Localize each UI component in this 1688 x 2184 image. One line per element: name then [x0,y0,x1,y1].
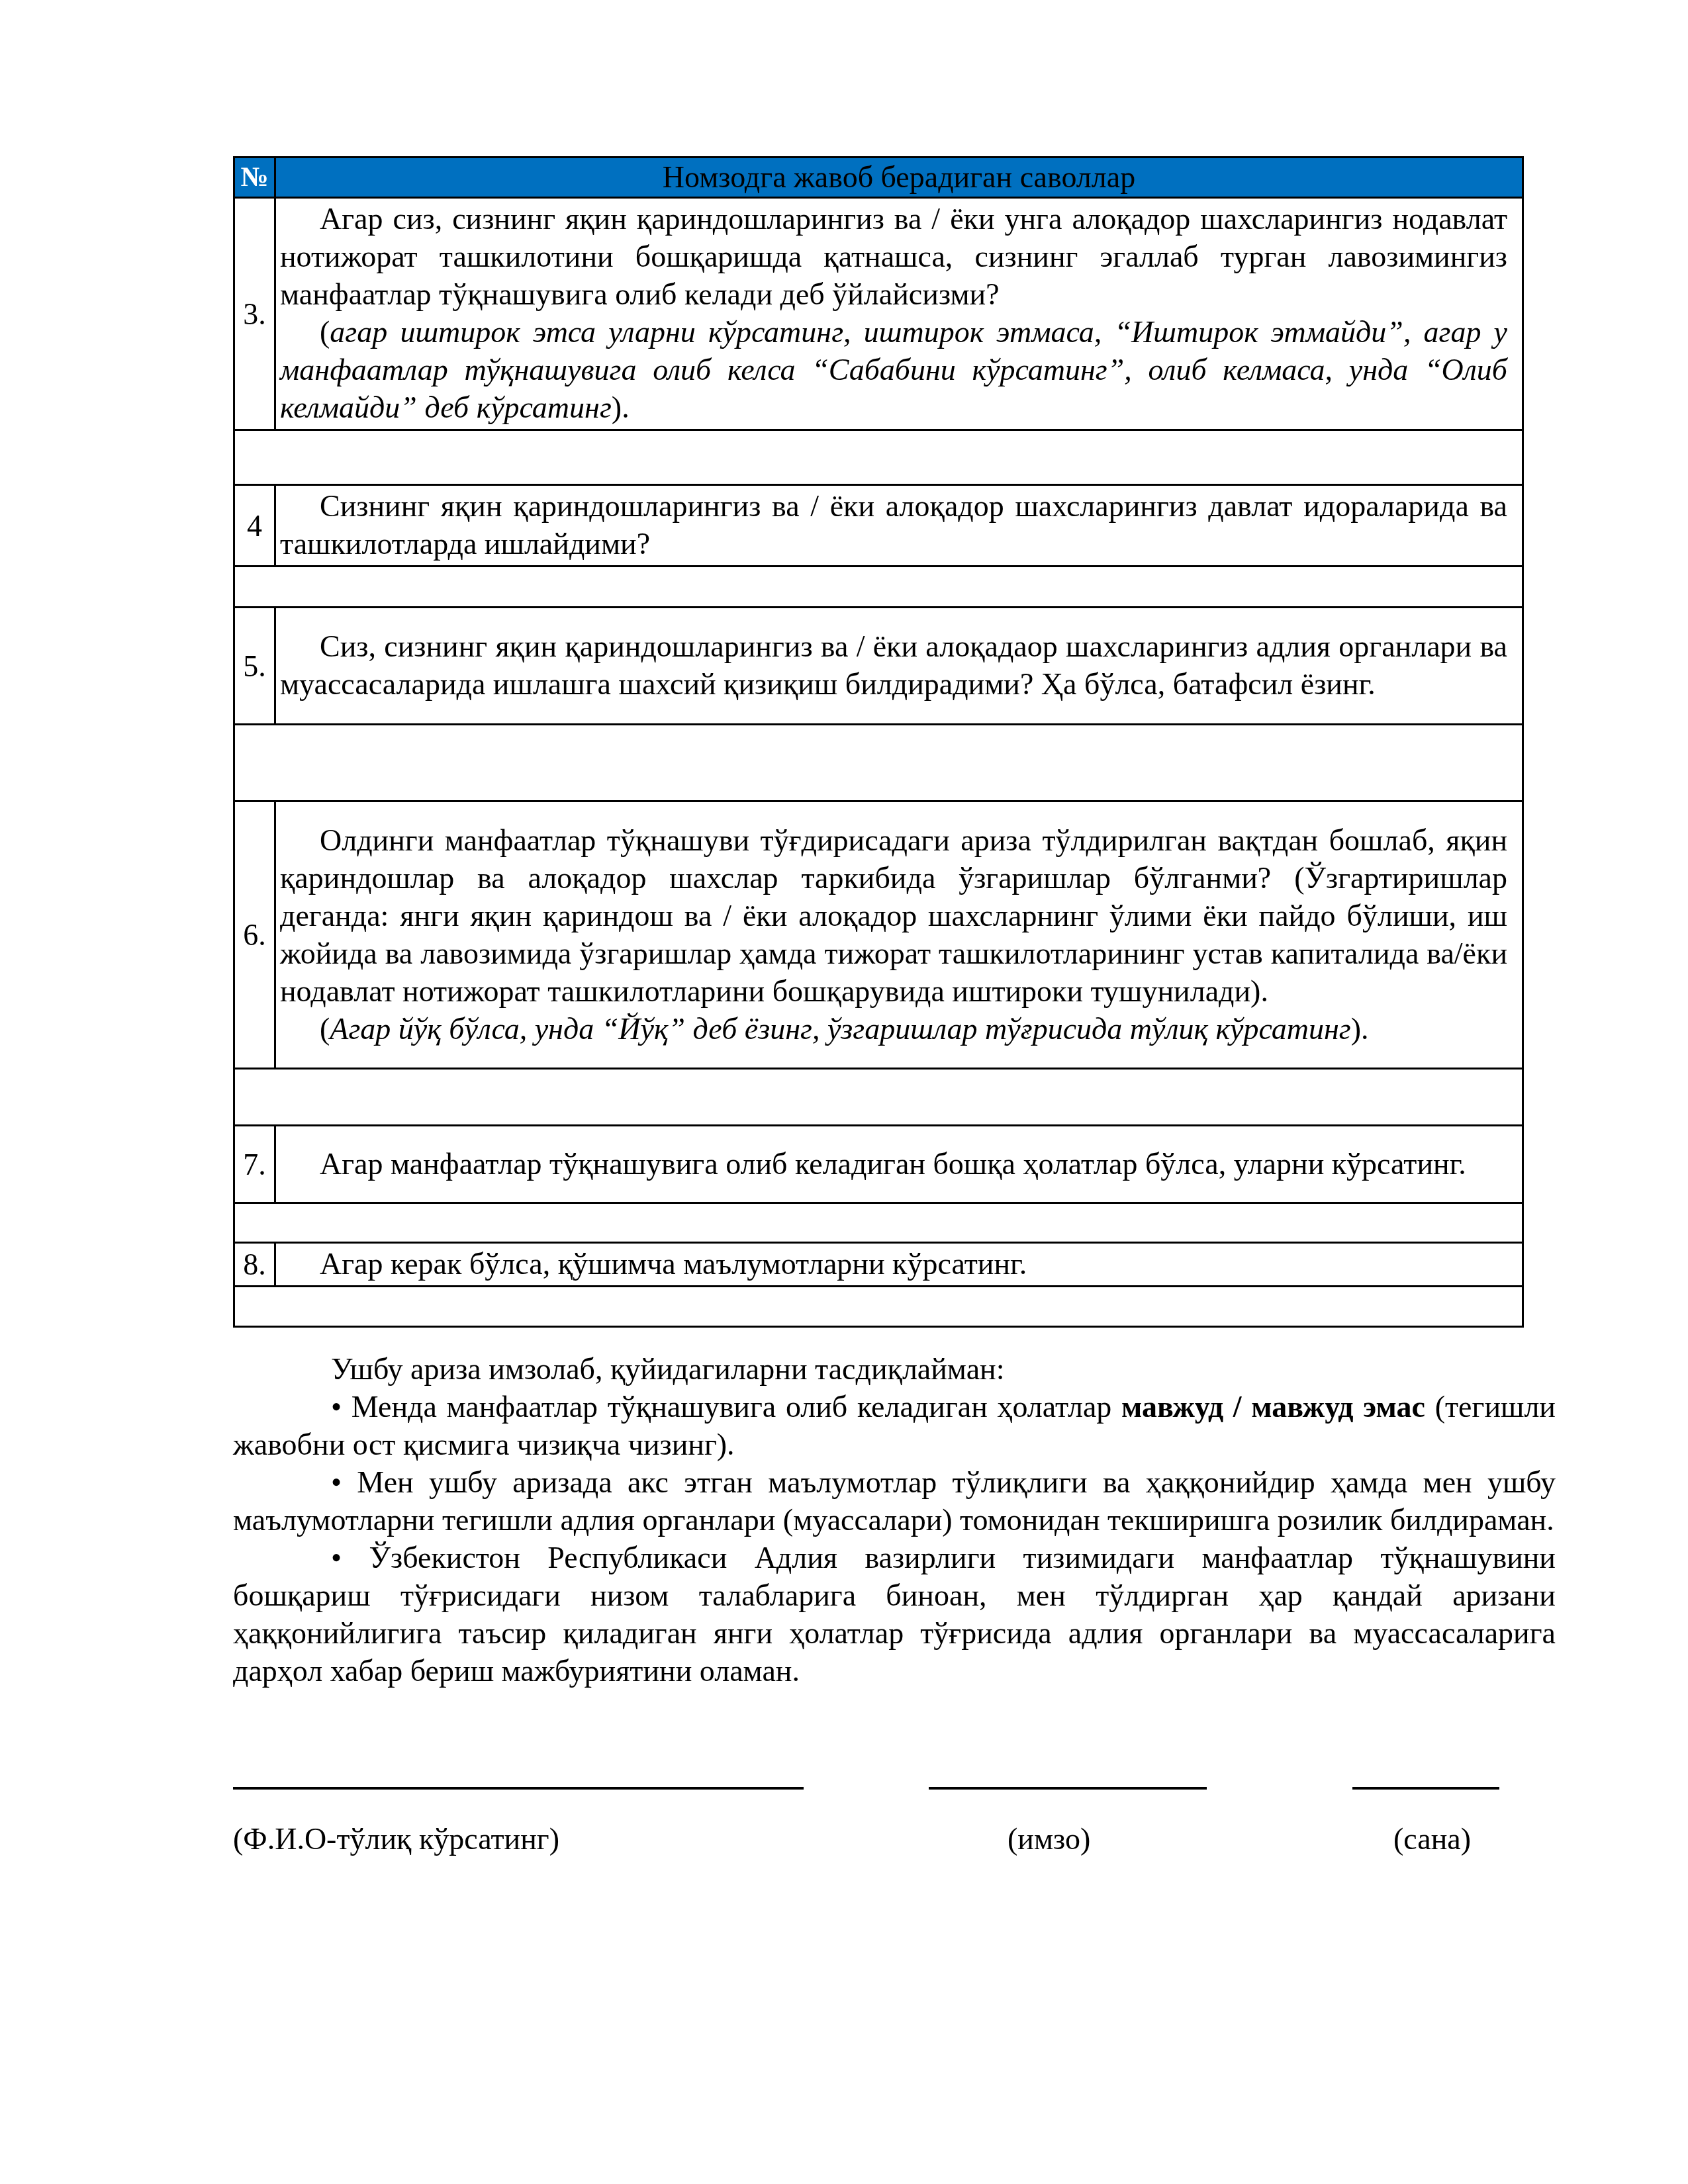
question-number: 4 [234,485,275,567]
question-text: Агар манфаатлар тўқнашувига олиб келадиг… [275,1126,1523,1203]
question-row-5: 5. Сиз, сизнинг яқин қариндошларингиз ва… [234,608,1523,725]
question-number: 3. [234,198,275,430]
question-body: Агар сиз, сизнинг яқин қариндошларингиз … [280,200,1507,313]
answer-row-8[interactable] [234,1287,1523,1327]
status-options[interactable]: мавжуд / мавжуд эмас [1121,1390,1425,1424]
answer-row-5[interactable] [234,725,1523,801]
question-note-italic: Агар йўқ бўлса, унда “Йўқ” деб ёзинг, ўз… [330,1012,1350,1046]
answer-field[interactable] [234,1287,1523,1327]
answer-row-6[interactable] [234,1069,1523,1126]
answer-field[interactable] [234,567,1523,608]
declaration-intro: Ушбу ариза имзолаб, қуйидагиларни тасдиқ… [233,1350,1556,1388]
table-header-row: № Номзодга жавоб берадиган саволлар [234,158,1523,198]
answer-field[interactable] [234,725,1523,801]
question-text: Агар керак бўлса, қўшимча маълумотларни … [275,1243,1523,1287]
number-column-header: № [234,158,275,198]
declaration-bullet-1: • Менда манфаатлар тўқнашувига олиб кела… [233,1388,1556,1463]
question-body: Агар манфаатлар тўқнашувига олиб келадиг… [280,1145,1507,1183]
name-label: (Ф.И.О-тўлиқ кўрсатинг) [233,1820,559,1858]
question-row-7: 7. Агар манфаатлар тўқнашувига олиб кела… [234,1126,1523,1203]
question-note: (Агар йўқ бўлса, унда “Йўқ” деб ёзинг, ў… [280,1010,1507,1048]
answer-field[interactable] [234,1069,1523,1126]
question-number: 8. [234,1243,275,1287]
question-number: 6. [234,801,275,1069]
question-number: 7. [234,1126,275,1203]
question-row-8: 8. Агар керак бўлса, қўшимча маълумотлар… [234,1243,1523,1287]
declaration-bullet-2: • Мен ушбу аризада акс этган маълумотлар… [233,1463,1556,1539]
document-page: № Номзодга жавоб берадиган саволлар 3. А… [0,0,1688,2184]
question-row-6: 6. Олдинги манфаатлар тўқнашуви тўғдирис… [234,801,1523,1069]
question-number: 5. [234,608,275,725]
signature-line[interactable] [929,1787,1207,1790]
date-line[interactable] [1352,1787,1499,1790]
questions-column-header: Номзодга жавоб берадиган саволлар [275,158,1523,198]
name-signature-line[interactable] [233,1787,804,1790]
question-text: Сизнинг яқин қариндошларингиз ва / ёки а… [275,485,1523,567]
answer-row-4[interactable] [234,567,1523,608]
question-body: Сиз, сизнинг яқин қариндошларингиз ва / … [280,627,1507,703]
question-row-4: 4 Сизнинг яқин қариндошларингиз ва / ёки… [234,485,1523,567]
declaration-section: Ушбу ариза имзолаб, қуйидагиларни тасдиқ… [233,1350,1556,1690]
question-text: Олдинги манфаатлар тўқнашуви тўғдирисада… [275,801,1523,1069]
answer-row-3[interactable] [234,430,1523,485]
question-text: Агар сиз, сизнинг яқин қариндошларингиз … [275,198,1523,430]
declaration-bullet-3: • Ўзбекистон Республикаси Адлия вазирлиг… [233,1539,1556,1690]
question-body: Агар керак бўлса, қўшимча маълумотларни … [280,1245,1507,1283]
signature-label: (имзо) [1008,1820,1090,1858]
date-label: (сана) [1393,1820,1471,1858]
answer-row-7[interactable] [234,1203,1523,1243]
answer-field[interactable] [234,1203,1523,1243]
question-note-italic: агар иштирок этса уларни кўрсатинг, ишти… [280,315,1507,424]
questions-table: № Номзодга жавоб берадиган саволлар 3. А… [233,156,1524,1328]
question-row-3: 3. Агар сиз, сизнинг яқин қариндошларинг… [234,198,1523,430]
answer-field[interactable] [234,430,1523,485]
question-body: Сизнинг яқин қариндошларингиз ва / ёки а… [280,487,1507,563]
question-body: Олдинги манфаатлар тўқнашуви тўғдирисада… [280,821,1507,1010]
question-text: Сиз, сизнинг яқин қариндошларингиз ва / … [275,608,1523,725]
question-note: (агар иштирок этса уларни кўрсатинг, ишт… [280,313,1507,426]
